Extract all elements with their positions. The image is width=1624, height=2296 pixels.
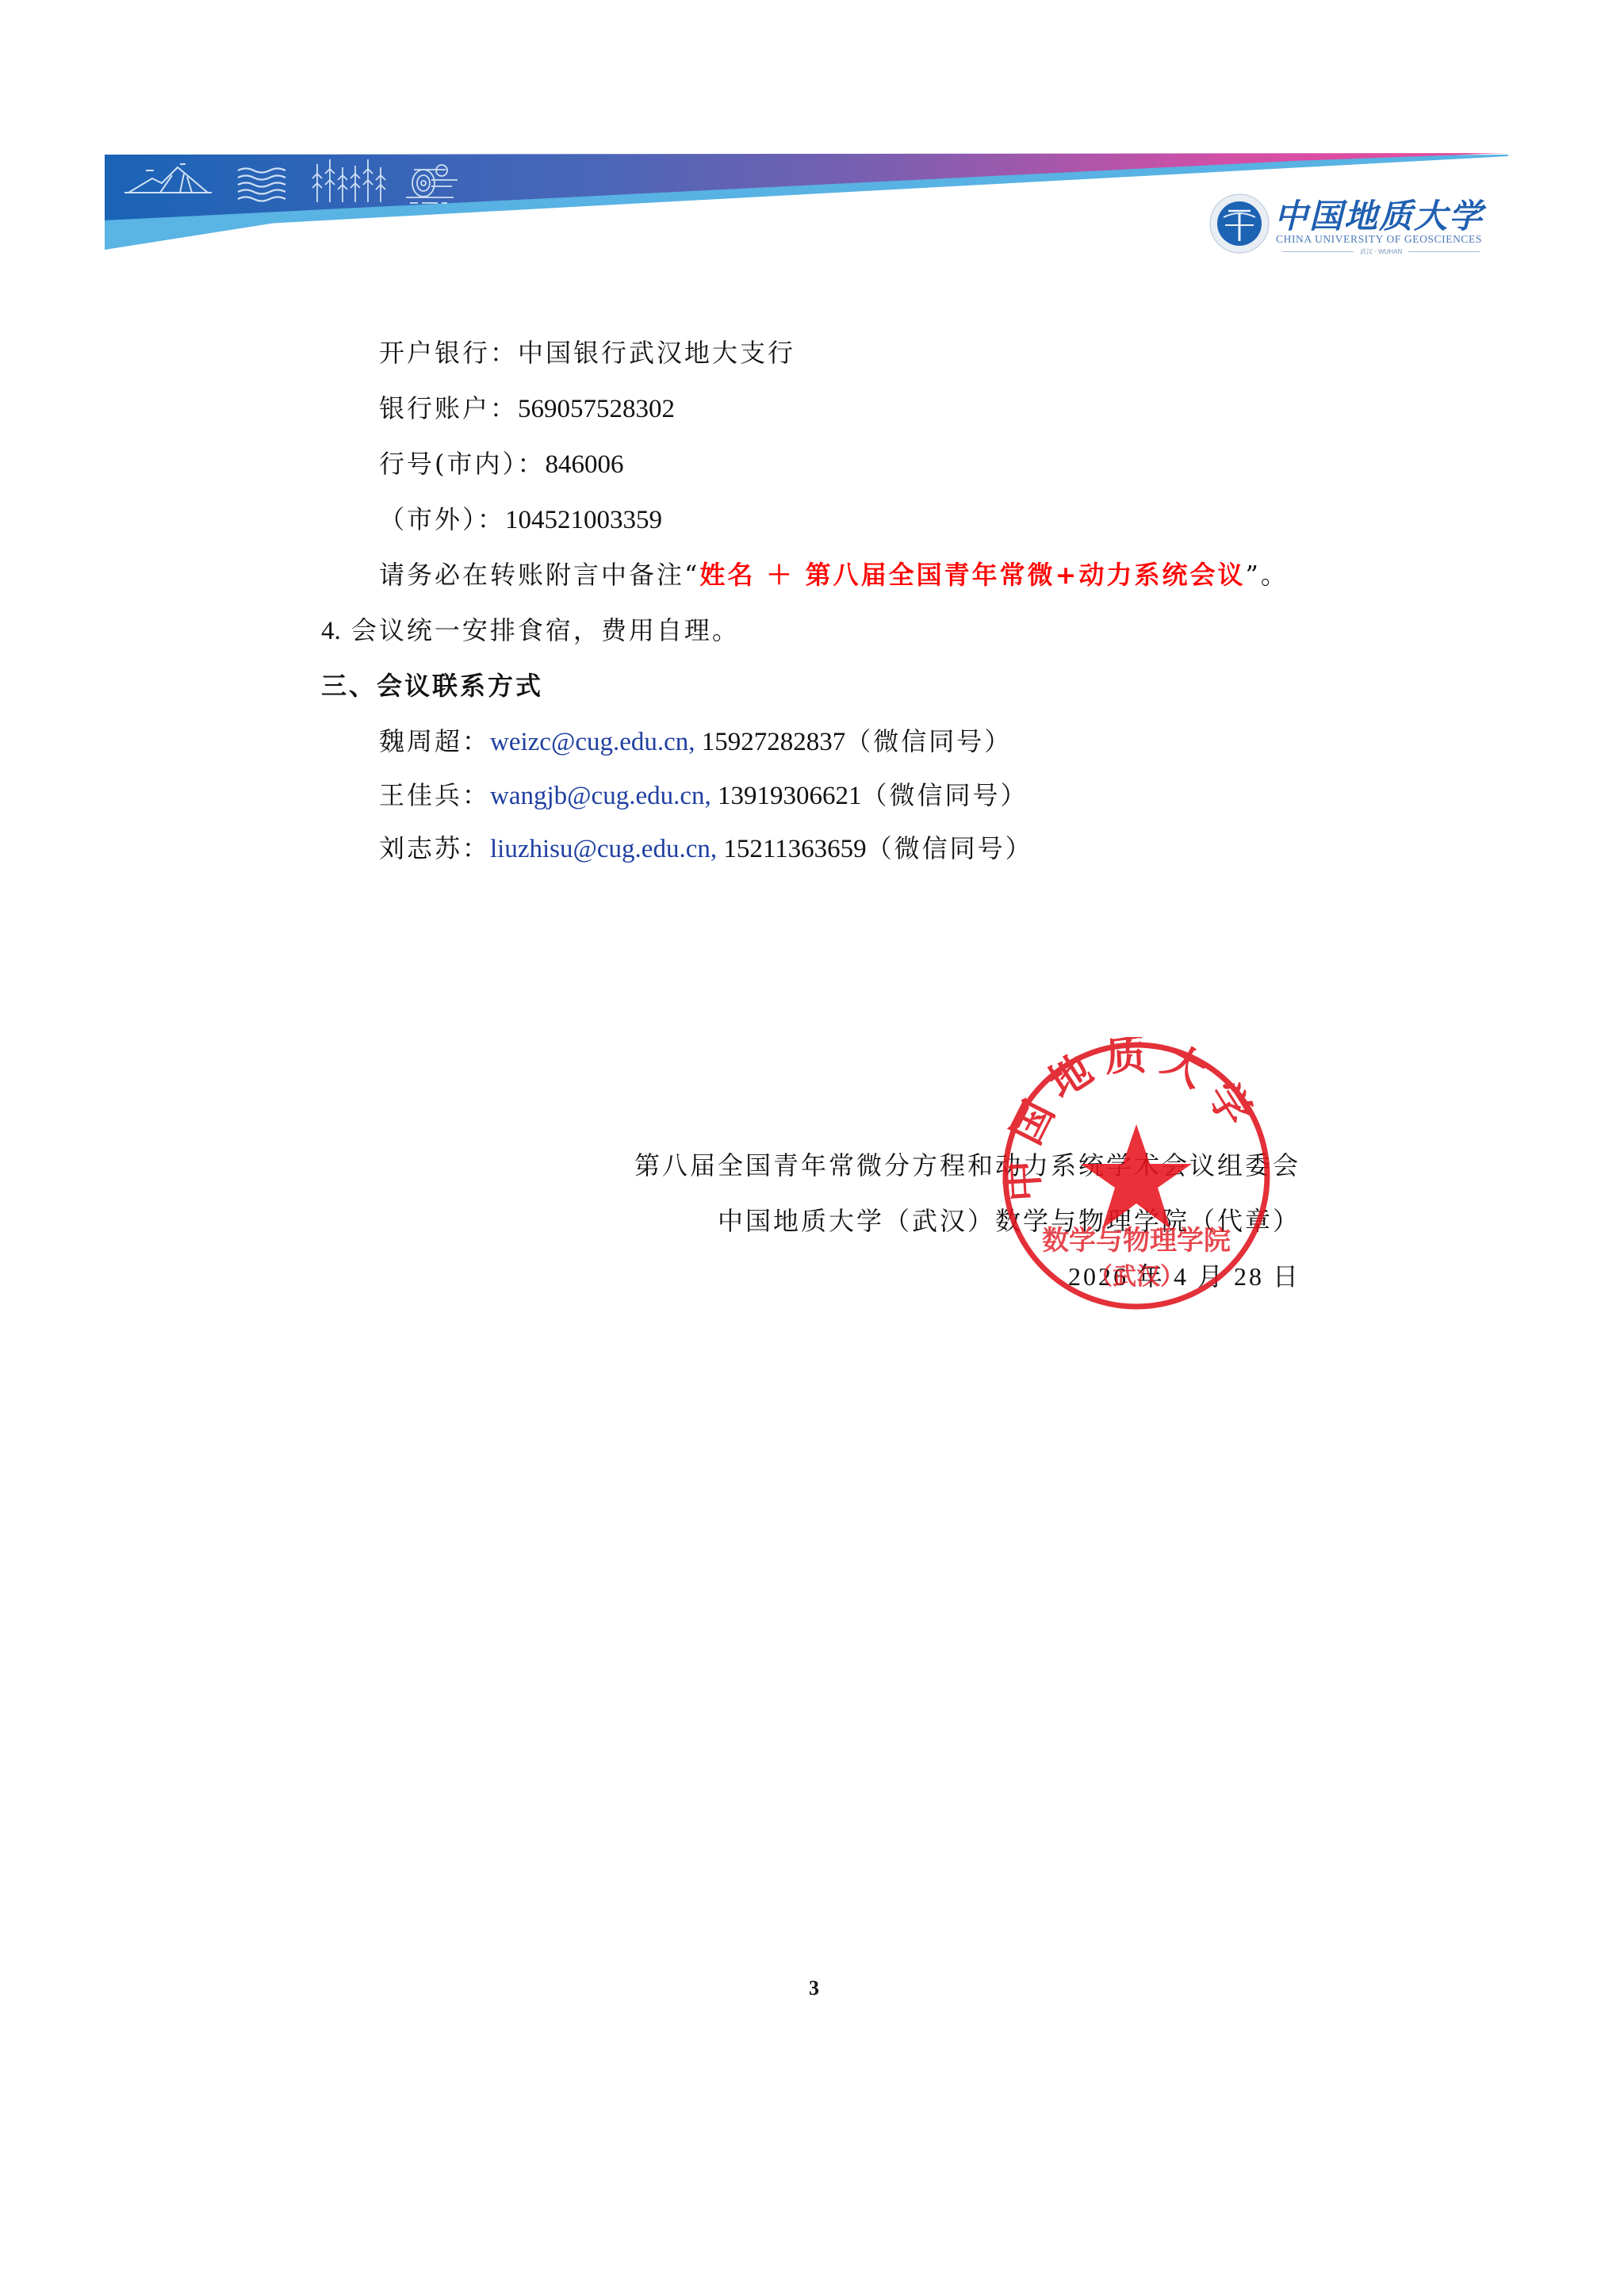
- contact-row: 刘志苏：liuzhisu@cug.edu.cn, 15211363659（微信同…: [379, 832, 1033, 865]
- transfer-note-prefix: 请务必在转账附言中备注“: [379, 560, 699, 590]
- contact-phone: 13919306621: [711, 782, 862, 810]
- section-3-title: 三、会议联系方式: [321, 670, 543, 702]
- location-text: 武汉 · WUHAN: [1360, 248, 1402, 255]
- contact-email-link[interactable]: weizc@cug.edu.cn,: [490, 728, 695, 756]
- university-seal-icon: [1209, 193, 1270, 254]
- bank-name-line: 开户银行：中国银行武汉地大支行: [379, 337, 795, 369]
- contact-email-link[interactable]: wangjb@cug.edu.cn,: [490, 782, 711, 810]
- contact-phone-number: 15211363659: [723, 835, 866, 863]
- item-4: 4. 会议统一安排食宿，费用自理。: [321, 614, 740, 647]
- university-name-cn: 中国地质大学: [1274, 190, 1484, 238]
- bank-code-out-city-label: （市外）：: [379, 504, 505, 534]
- contact-phone: 15211363659: [717, 835, 867, 863]
- page-number: 3: [809, 1976, 819, 2000]
- contact-name: 刘志苏：: [379, 833, 490, 863]
- signature-committee: 第八届全国青年常微分方程和动力系统学术会议组委会: [634, 1150, 1300, 1181]
- contact-note: （微信同号）: [867, 833, 1033, 863]
- contact-email-link[interactable]: liuzhisu@cug.edu.cn,: [490, 835, 717, 863]
- bank-name-value: 中国银行武汉地大支行: [518, 338, 795, 368]
- transfer-note-highlight: 姓名 ＋ 第八届全国青年常微+动力系统会议: [699, 560, 1245, 590]
- item-4-number: 4.: [321, 617, 341, 645]
- signature-date: 2026 年 4 月 28 日: [1068, 1261, 1300, 1292]
- contact-row: 魏周超：weizc@cug.edu.cn, 15927282837（微信同号）: [379, 725, 1012, 758]
- bank-account-label: 银行账户：: [379, 393, 518, 423]
- bank-code-out-city-value: 104521003359: [505, 506, 662, 534]
- contact-name: 魏周超：: [379, 726, 490, 756]
- bank-name-label: 开户银行：: [379, 338, 518, 368]
- contact-name: 王佳兵：: [379, 780, 490, 810]
- transfer-note-line: 请务必在转账附言中备注“姓名 ＋ 第八届全国青年常微+动力系统会议”。: [379, 559, 1289, 591]
- university-logo: 中国地质大学 CHINA UNIVERSITY OF GEOSCIENCES 武…: [1209, 190, 1471, 262]
- university-location: 武汉 · WUHAN: [1276, 247, 1478, 256]
- bank-code-out-city-line: （市外）：104521003359: [379, 503, 662, 536]
- bank-code-in-city-label: 行号(市内）：: [379, 449, 546, 479]
- bank-code-in-city-value: 846006: [546, 450, 624, 479]
- bank-code-in-city-line: 行号(市内）：846006: [379, 448, 624, 480]
- contact-phone: 15927282837: [695, 728, 846, 756]
- signature-school: 中国地质大学（武汉）数学与物理学院（代章）: [718, 1205, 1300, 1237]
- contact-phone-number: 13919306621: [718, 782, 862, 810]
- contact-note: （微信同号）: [845, 726, 1012, 756]
- university-name-en: CHINA UNIVERSITY OF GEOSCIENCES: [1276, 233, 1482, 246]
- transfer-note-suffix: ”。: [1245, 560, 1288, 590]
- item-4-text: 会议统一安排食宿，费用自理。: [351, 615, 740, 645]
- contact-phone-number: 15927282837: [702, 728, 846, 756]
- bank-account-line: 银行账户：569057528302: [379, 392, 675, 425]
- contact-note: （微信同号）: [862, 780, 1028, 810]
- contact-row: 王佳兵：wangjb@cug.edu.cn, 13919306621（微信同号）: [379, 779, 1028, 812]
- bank-account-value: 569057528302: [518, 395, 675, 423]
